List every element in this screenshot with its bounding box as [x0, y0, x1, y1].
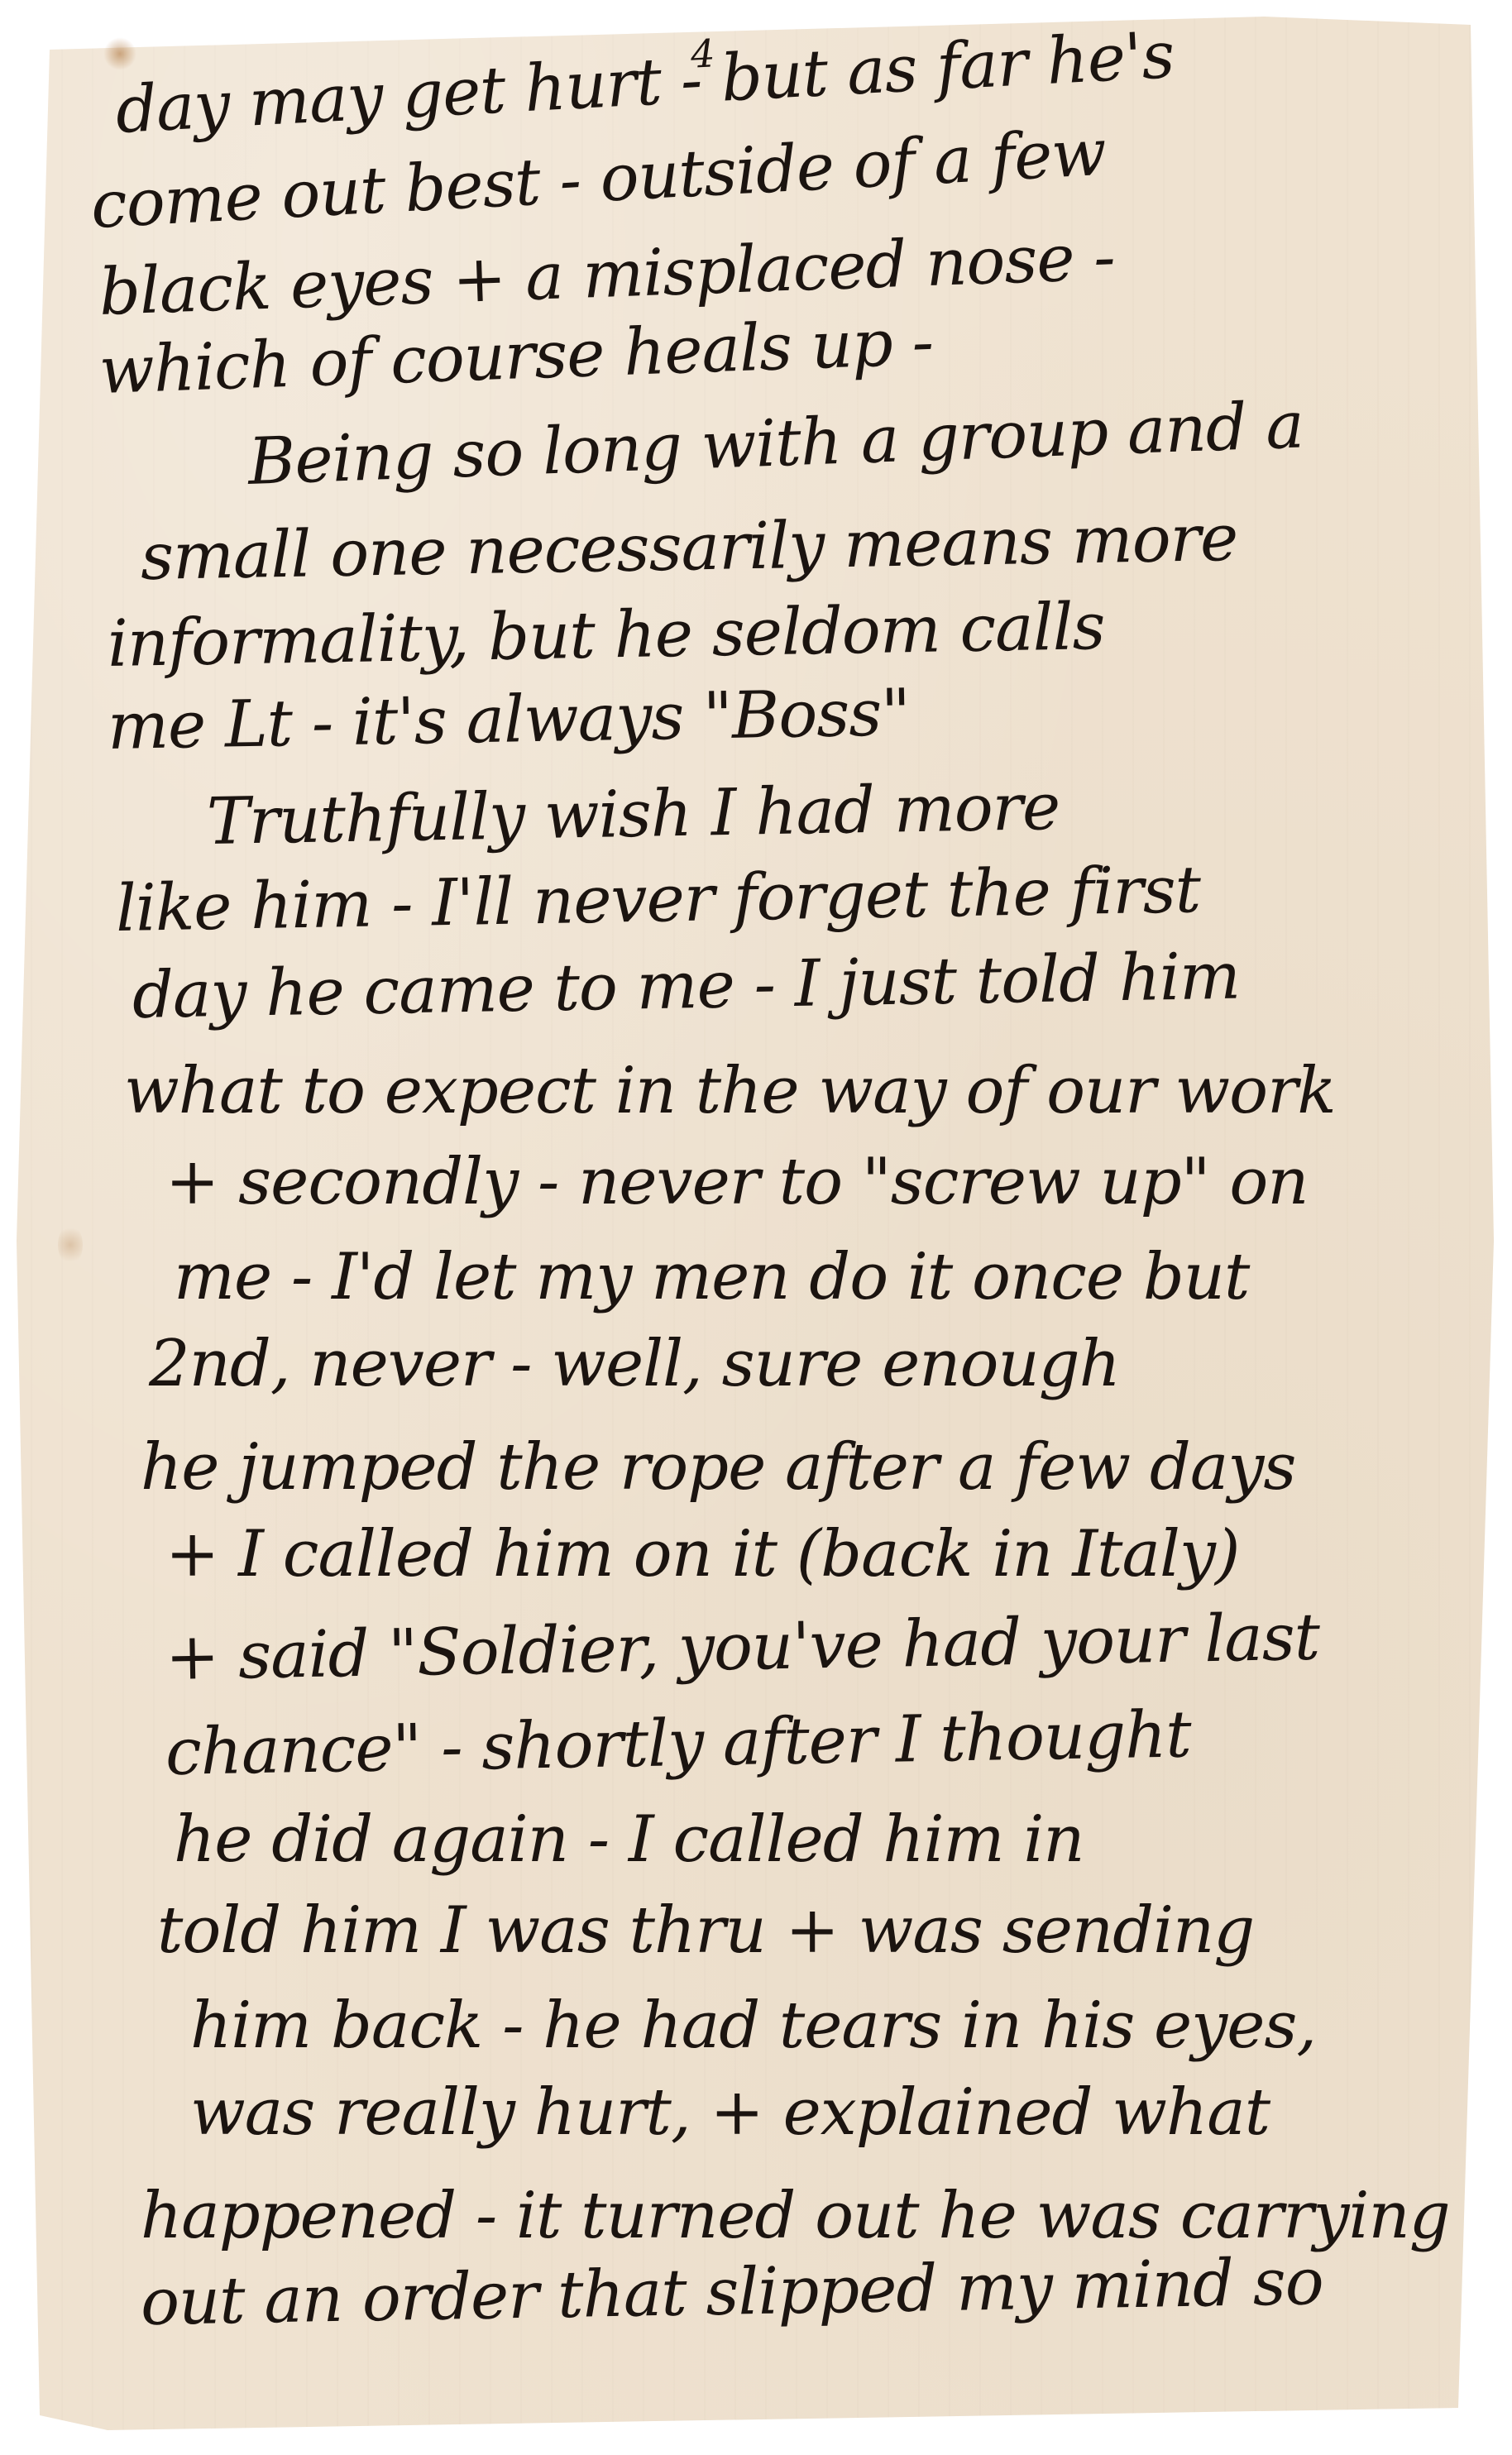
text-line: he jumped the rope after a few days	[141, 1435, 1295, 1500]
text-line: 2nd, never - well, sure enough	[149, 1332, 1120, 1396]
text-line: told him I was thru + was sending	[157, 1898, 1254, 1963]
text-line: like him - I'll never forget the first	[115, 858, 1200, 941]
text-line: out an order that slipped my mind so	[140, 2250, 1323, 2335]
text-line: + secondly - never to "screw up" on	[165, 1150, 1309, 1214]
text-line: Truthfully wish I had more	[206, 775, 1060, 854]
text-line: him back - he had tears in his eyes,	[190, 1993, 1316, 2058]
text-line: me - I'd let my men do it once but	[174, 1245, 1249, 1309]
text-line: informality, but he seldom calls	[107, 595, 1105, 677]
text-line: happened - it turned out he was carrying	[141, 2184, 1450, 2248]
text-line: small one necessarily means more	[140, 506, 1237, 590]
text-line: he did again - I called him in	[174, 1807, 1084, 1872]
ink-stain	[103, 37, 136, 70]
text-line: chance" - shortly after I thought	[165, 1702, 1191, 1785]
ink-stain	[58, 1224, 83, 1266]
text-line: + I called him on it (back in Italy)	[165, 1522, 1239, 1586]
text-line: me Lt - it's always "Boss"	[107, 681, 910, 759]
text-line: what to expect in the way of our work	[124, 1059, 1336, 1123]
text-line: day he came to me - I just told him	[132, 945, 1240, 1028]
text-line: + said "Soldier, you've had your last	[165, 1606, 1319, 1690]
text-line: was really hurt, + explained what	[190, 2080, 1270, 2145]
